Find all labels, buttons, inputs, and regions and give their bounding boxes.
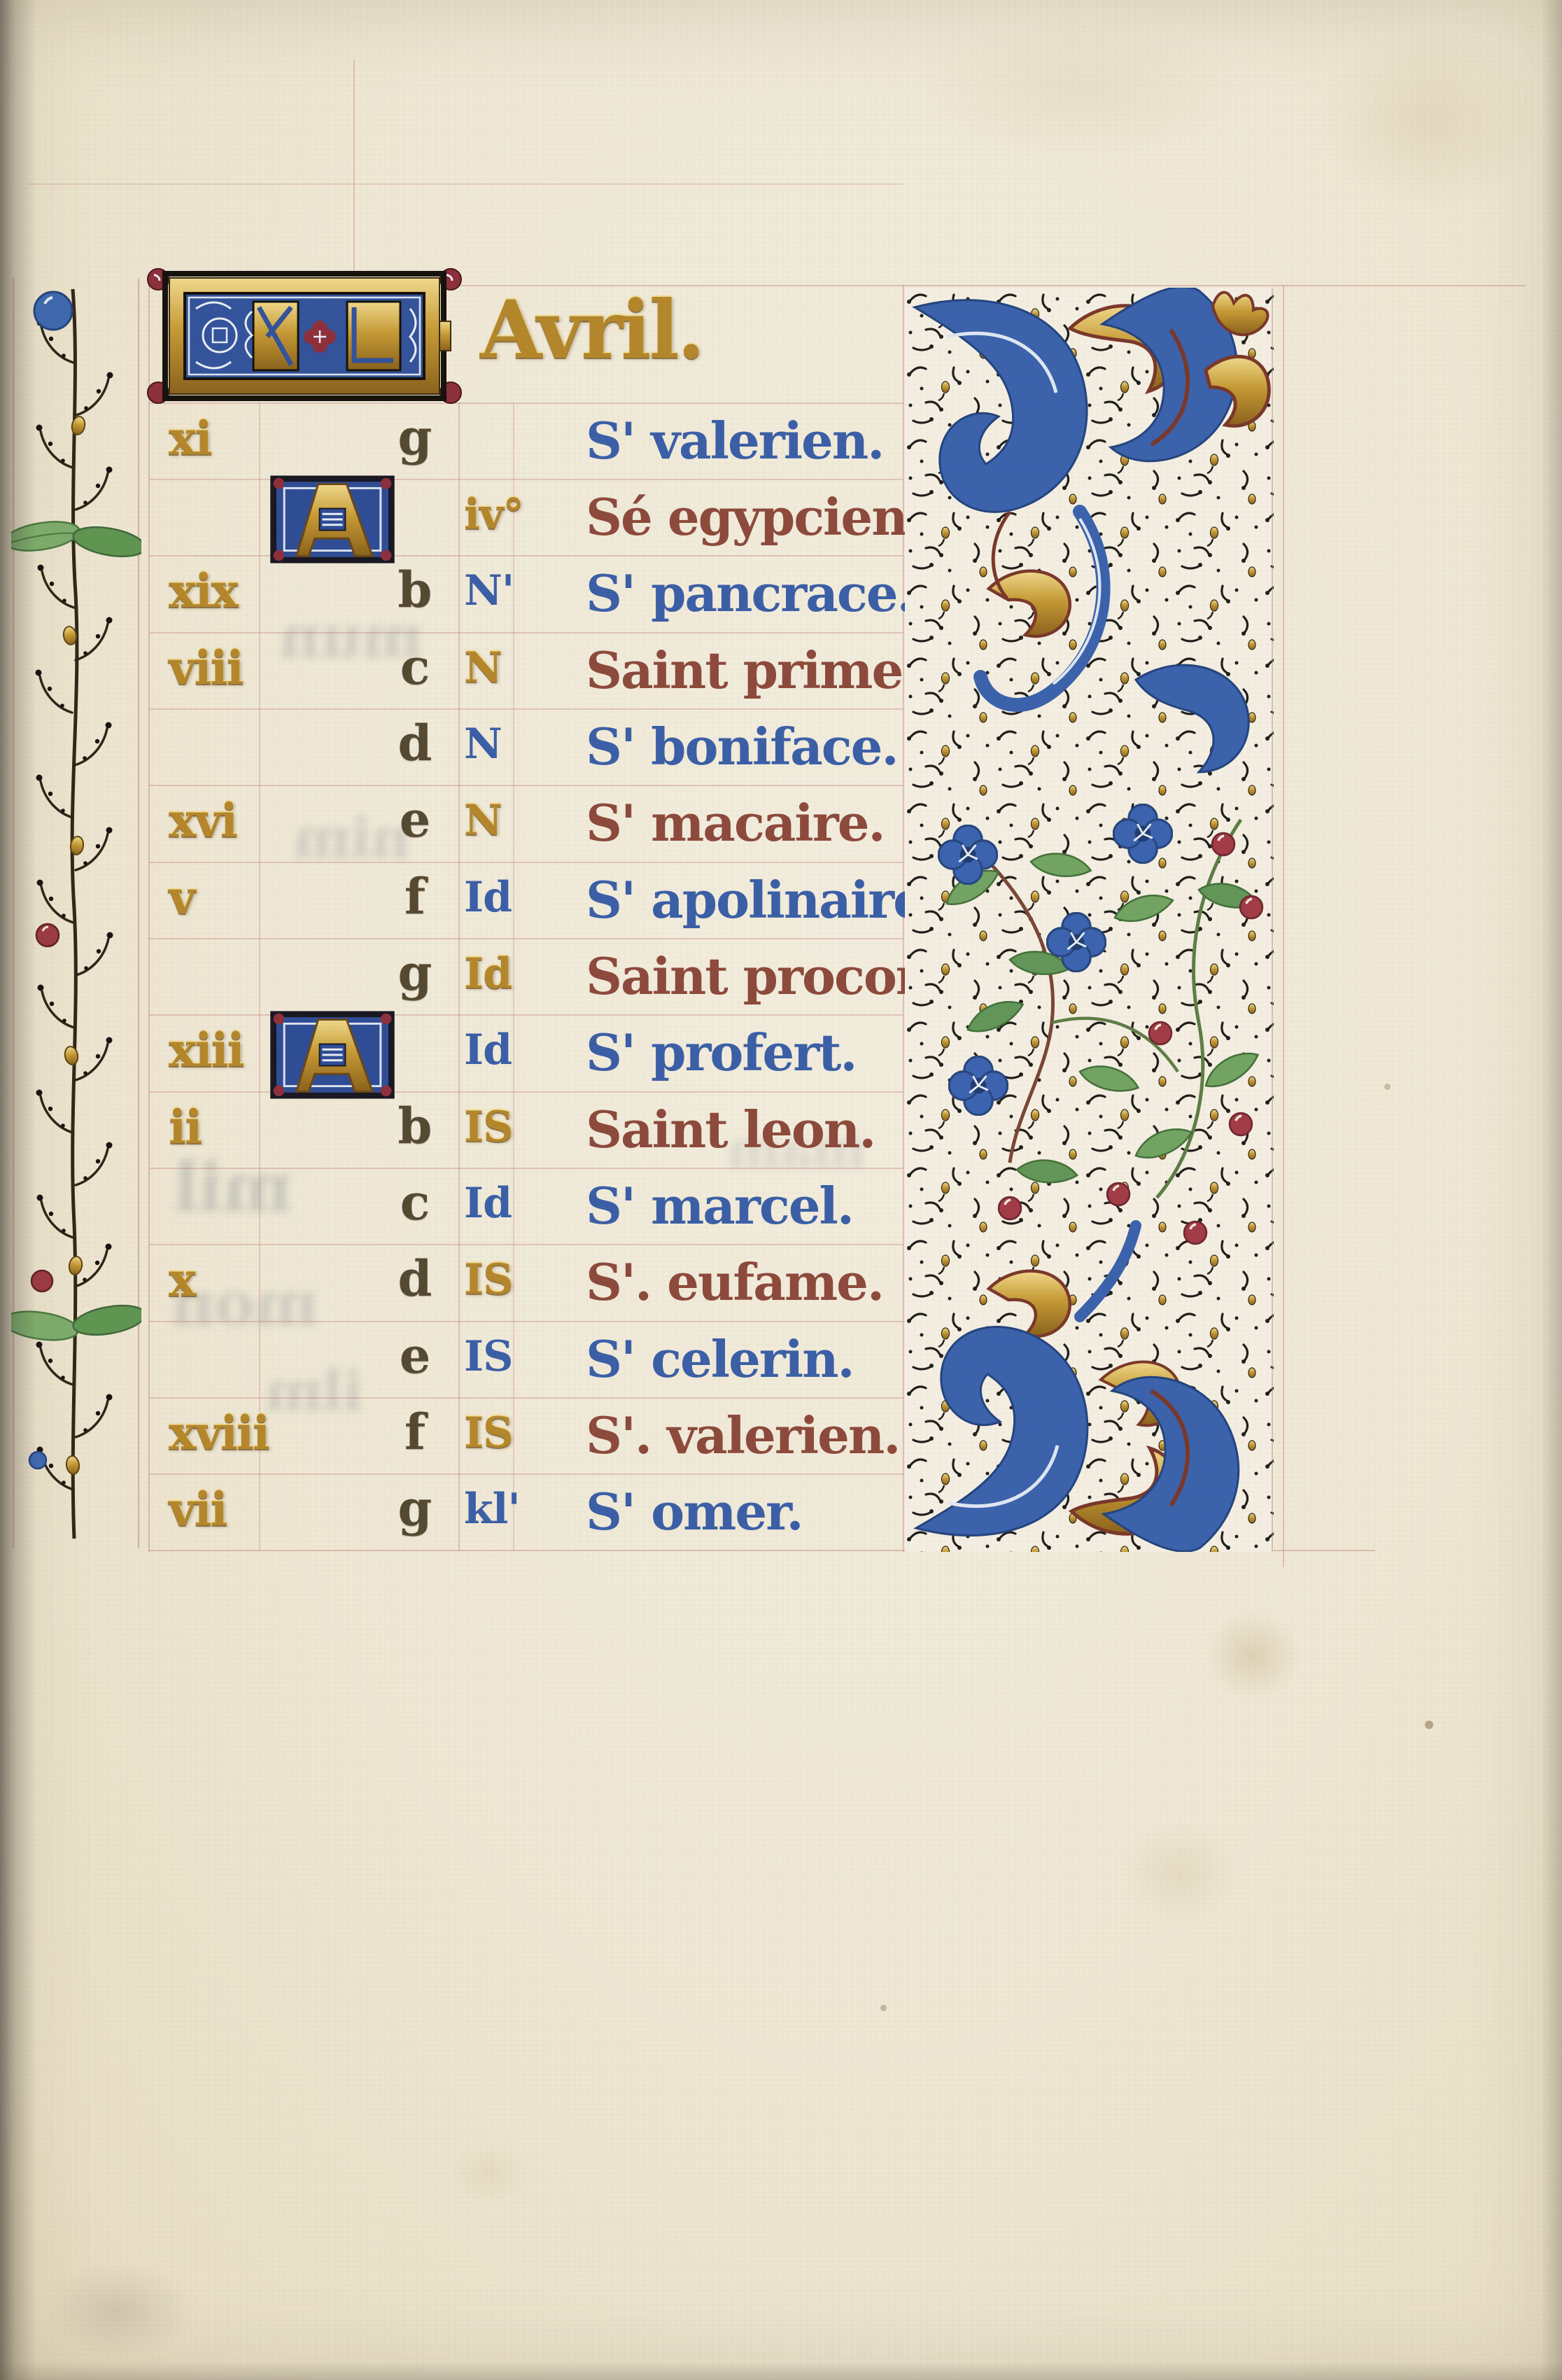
calendar-row: xviii f IS S'. valerien. xyxy=(150,1397,910,1474)
dominical-letter: d xyxy=(376,1249,454,1308)
decorated-dominical-a-plaque xyxy=(266,1010,399,1100)
roman-date-mark: kl' xyxy=(464,1485,520,1534)
golden-number: v xyxy=(169,870,194,925)
dominical-letter: e xyxy=(376,1326,454,1385)
calendar-row: xvi e N S' macaire. xyxy=(150,785,910,862)
roman-date-mark: Id xyxy=(464,1025,512,1074)
stain xyxy=(1384,1084,1391,1090)
stain xyxy=(1316,28,1547,210)
feast-name: S' pancrace. xyxy=(586,563,913,623)
calendar-row: xiii A Id S' profert. xyxy=(150,1014,910,1091)
calendar-row: c Id S' marcel. xyxy=(150,1168,910,1245)
roman-date-mark: N xyxy=(464,643,502,692)
page-edge-shadow xyxy=(1541,0,1562,2380)
roman-date-mark: Id xyxy=(464,949,512,998)
calendar-row: d N S' boniface. xyxy=(150,708,910,785)
stain xyxy=(448,2142,532,2205)
stain xyxy=(880,2005,887,2011)
binding-edge-shadow xyxy=(0,0,36,2380)
dominical-letter: g xyxy=(376,944,454,1002)
golden-number: xiii xyxy=(169,1023,244,1077)
roman-date-mark: N xyxy=(464,796,502,845)
golden-number: xi xyxy=(169,411,211,465)
decorated-dominical-a-plaque xyxy=(266,475,399,564)
calendar-row: ii b IS Saint leon. xyxy=(150,1091,910,1168)
golden-number: xviii xyxy=(169,1406,269,1460)
dominical-letter: b xyxy=(376,561,454,619)
stain xyxy=(1120,1820,1239,1925)
feast-name: S' marcel. xyxy=(586,1176,853,1235)
kl-monogram-plaque xyxy=(147,267,462,405)
calendar-row: xix b N' S' pancrace. xyxy=(150,555,910,632)
roman-date-mark: N' xyxy=(464,566,514,615)
calendar-row: v f Id S' apolinaire. xyxy=(150,862,910,939)
dominical-letter: c xyxy=(376,638,454,696)
month-title: Avril. xyxy=(480,283,703,377)
acanthus-flower-berry-panel xyxy=(905,288,1274,1552)
calendar-row: g Id Saint procor. xyxy=(150,938,910,1015)
dominical-letter: d xyxy=(376,714,454,772)
roman-date-mark: Id xyxy=(464,873,512,922)
dominical-letter: g xyxy=(376,1479,454,1537)
feast-name: S' boniface. xyxy=(586,717,898,776)
dominical-letter: g xyxy=(376,408,454,466)
dominical-letter: b xyxy=(376,1097,454,1155)
golden-number: viii xyxy=(169,640,243,695)
feast-name: S' apolinaire. xyxy=(586,870,940,930)
feast-name: S'. valerien. xyxy=(586,1406,899,1465)
roman-date-mark: Id xyxy=(464,1179,512,1228)
dominical-letter: e xyxy=(376,790,454,848)
dominical-letter: f xyxy=(376,867,454,925)
dominical-letter: f xyxy=(376,1403,454,1461)
feast-name: S' valerien. xyxy=(586,411,883,470)
feast-name: S'. eufame. xyxy=(586,1252,883,1312)
roman-date-mark: IS xyxy=(464,1255,512,1304)
golden-number: xix xyxy=(169,563,237,618)
page-edge-shadow xyxy=(0,2362,1562,2380)
roman-date-mark: N xyxy=(464,720,502,769)
calendar-row: viii c N Saint prime. xyxy=(150,632,910,709)
calendar-row: x d IS S'. eufame. xyxy=(150,1244,910,1321)
calendar-row: e IS S' celerin. xyxy=(150,1321,910,1398)
feast-name: S' celerin. xyxy=(586,1329,854,1389)
golden-number: xvi xyxy=(169,793,237,848)
roman-date-mark: IS xyxy=(464,1332,512,1381)
manuscript-page: mun nim mil mon ilm mam im xyxy=(0,0,1562,2380)
feast-name: Saint leon. xyxy=(586,1100,875,1159)
stain xyxy=(1425,1721,1433,1729)
feast-name: S' macaire. xyxy=(586,793,885,853)
roman-date-mark: IS xyxy=(464,1408,512,1457)
feast-name: Saint procor. xyxy=(586,946,932,1006)
golden-number: x xyxy=(169,1252,195,1307)
calendar-row: vii g kl' S' omer. xyxy=(150,1473,910,1550)
roman-date-mark: iv° xyxy=(464,490,523,539)
stain xyxy=(1204,1610,1302,1701)
feast-name: S' omer. xyxy=(586,1482,803,1541)
golden-number: vii xyxy=(169,1482,227,1536)
feast-name: S' profert. xyxy=(586,1023,856,1082)
calendar-row: xi g S' valerien. xyxy=(150,402,910,479)
dominical-letter: c xyxy=(376,1173,454,1231)
golden-number: ii xyxy=(169,1100,201,1154)
calendar-row: A iv° Sé egypcienne. xyxy=(150,479,910,556)
stain xyxy=(910,21,1246,161)
feast-name: Saint prime. xyxy=(586,640,918,700)
stain xyxy=(42,2261,196,2359)
roman-date-mark: IS xyxy=(464,1102,512,1151)
